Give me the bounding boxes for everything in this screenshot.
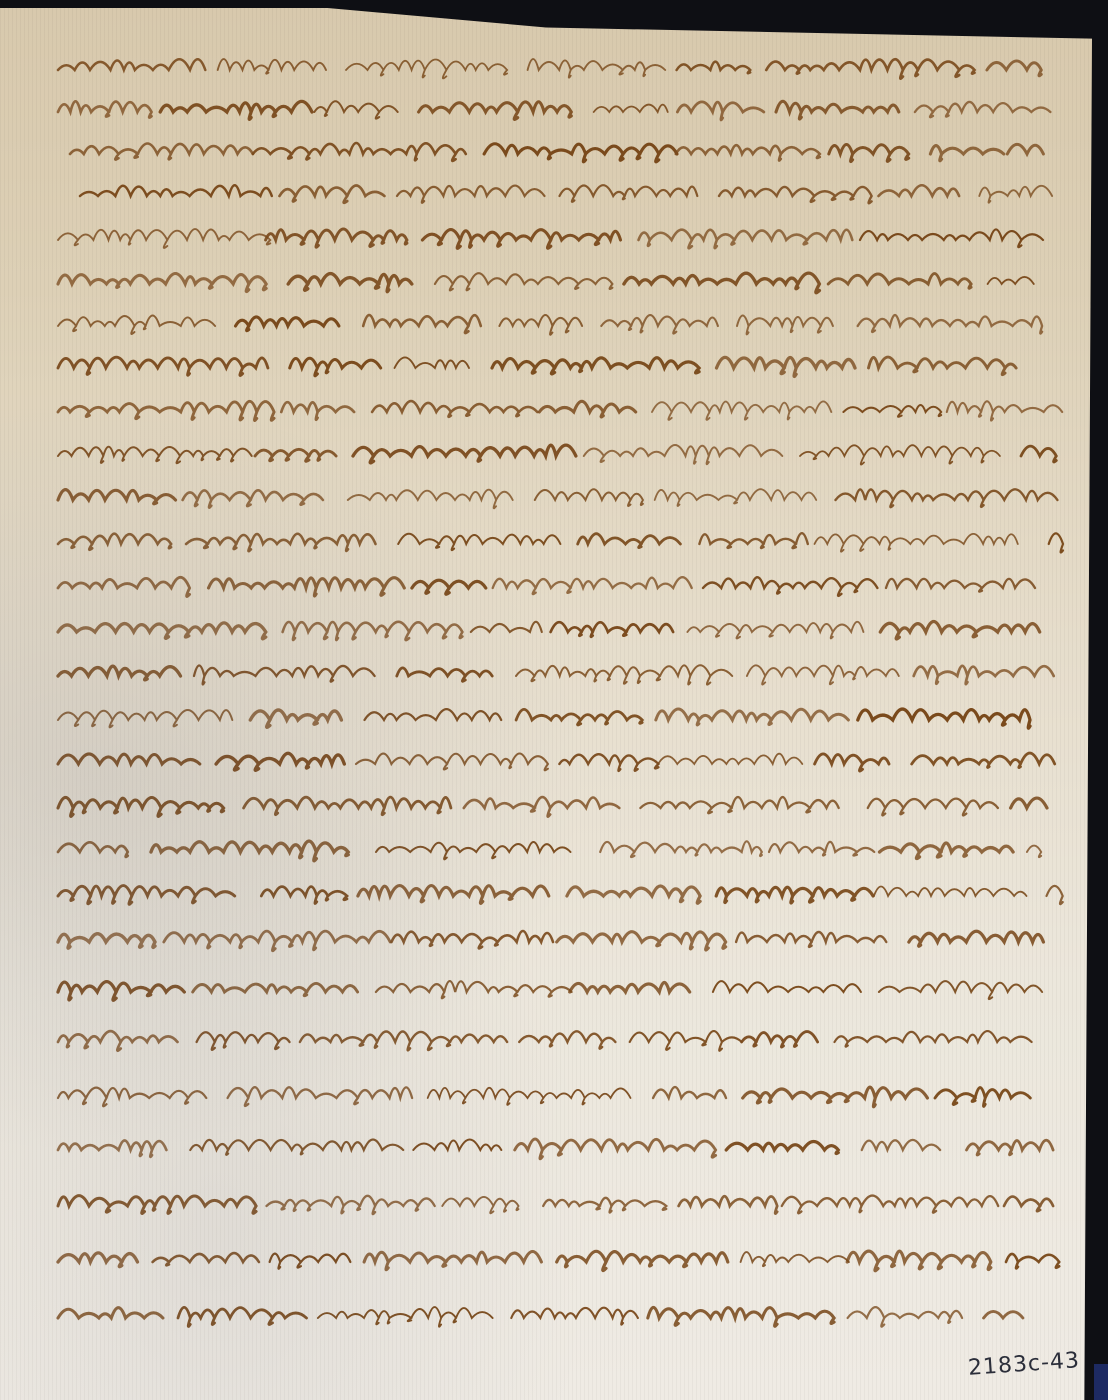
handwritten-line <box>58 489 1057 508</box>
handwritten-line <box>58 665 1054 684</box>
handwritten-line <box>58 59 1041 79</box>
handwritten-line <box>58 401 1062 420</box>
handwritten-line <box>58 315 1042 335</box>
handwritten-line <box>58 709 1030 728</box>
manuscript-page <box>0 8 1092 1400</box>
handwritten-line <box>58 886 1063 905</box>
handwritten-line <box>58 753 1055 771</box>
handwritten-line <box>58 445 1056 465</box>
handwritten-line <box>58 1139 1053 1159</box>
blue-backing-corner <box>1094 1364 1108 1400</box>
handwritten-line <box>58 1087 1030 1107</box>
handwritten-line <box>80 185 1052 203</box>
handwritten-line <box>58 1031 1032 1051</box>
handwritten-line <box>58 622 1040 641</box>
handwritten-line <box>58 1251 1059 1271</box>
handwritten-line <box>58 1307 1023 1327</box>
handwritten-line <box>58 577 1035 596</box>
handwritten-line <box>58 981 1042 1000</box>
handwritten-text-lines <box>0 8 1092 1400</box>
handwritten-line <box>58 841 1041 861</box>
handwritten-line <box>58 229 1043 248</box>
handwritten-line <box>58 101 1050 120</box>
handwritten-line <box>58 1196 1053 1215</box>
handwritten-line <box>70 143 1043 162</box>
handwritten-line <box>58 533 1063 552</box>
handwritten-line <box>58 273 1034 293</box>
handwritten-line <box>58 931 1043 951</box>
handwritten-line <box>58 797 1047 817</box>
handwritten-line <box>58 357 1016 376</box>
